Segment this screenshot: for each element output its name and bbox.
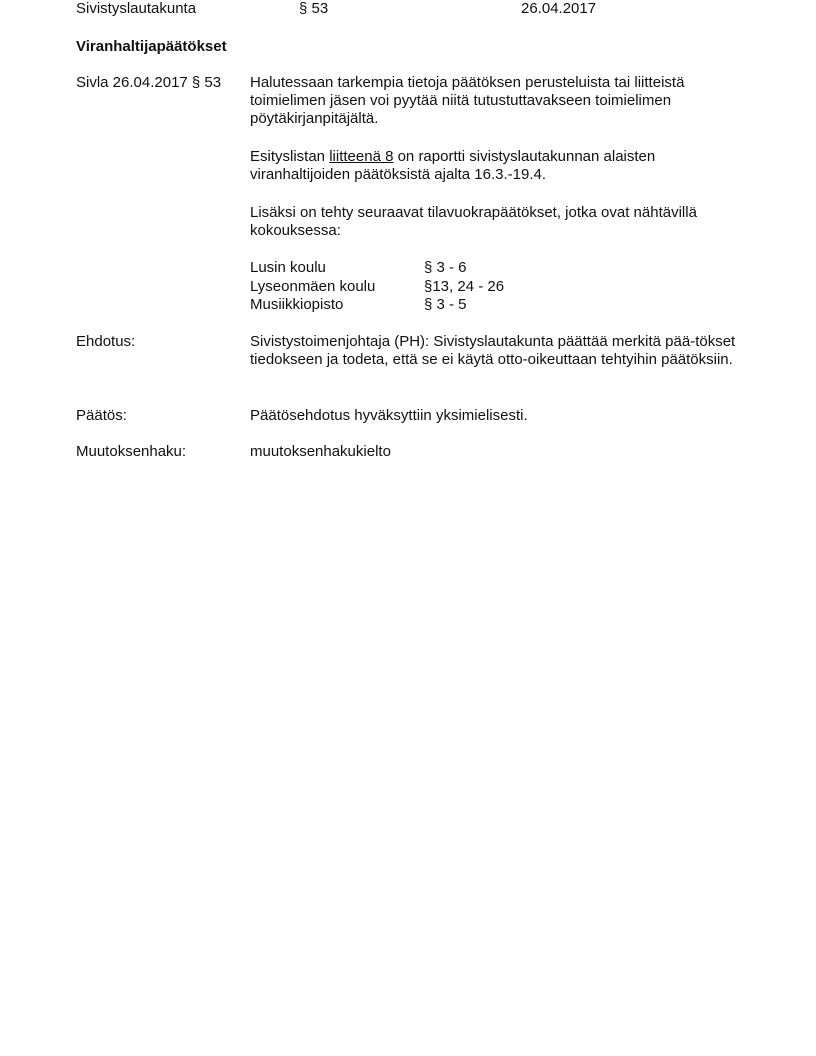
rental-sections: § 3 - 5 <box>424 296 467 315</box>
attachment-link[interactable]: liitteenä 8 <box>329 148 393 165</box>
proposal-label: Ehdotus: <box>76 333 135 351</box>
rental-place: Musiikkiopisto <box>250 296 424 315</box>
rental-sections: §13, 24 - 26 <box>424 278 504 297</box>
rental-decisions-list: Lusin koulu § 3 - 6 Lyseonmäen koulu §13… <box>250 259 504 315</box>
proposal-text: Sivistystoimenjohtaja (PH): Sivistyslaut… <box>250 333 745 369</box>
list-item: Lyseonmäen koulu §13, 24 - 26 <box>250 278 504 297</box>
paragraph-attachment: Esityslistan liitteenä 8 on raportti siv… <box>250 148 710 184</box>
paragraph-attachment-before: Esityslistan <box>250 148 329 165</box>
section-title: Viranhaltijapäätökset <box>76 38 227 56</box>
appeal-text: muutoksenhakukielto <box>250 443 750 461</box>
appeal-label: Muutoksenhaku: <box>76 443 186 461</box>
decision-text: Päätösehdotus hyväksyttiin yksimielisest… <box>250 407 750 425</box>
header-date: 26.04.2017 <box>521 0 596 18</box>
reference-content: Halutessaan tarkempia tietoja päätöksen … <box>250 74 740 128</box>
paragraph-info: Halutessaan tarkempia tietoja päätöksen … <box>250 74 740 128</box>
paragraph-rentals-text: Lisäksi on tehty seuraavat tilavuokrapää… <box>250 204 740 240</box>
reference-label: Sivla 26.04.2017 § 53 <box>76 74 221 92</box>
list-item: Musiikkiopisto § 3 - 5 <box>250 296 504 315</box>
header-organization: Sivistyslautakunta <box>76 0 196 18</box>
paragraph-rentals: Lisäksi on tehty seuraavat tilavuokrapää… <box>250 204 740 240</box>
list-item: Lusin koulu § 3 - 6 <box>250 259 504 278</box>
header-section: § 53 <box>299 0 328 18</box>
rental-sections: § 3 - 6 <box>424 259 467 278</box>
rental-place: Lyseonmäen koulu <box>250 278 424 297</box>
rental-place: Lusin koulu <box>250 259 424 278</box>
decision-label: Päätös: <box>76 407 127 425</box>
